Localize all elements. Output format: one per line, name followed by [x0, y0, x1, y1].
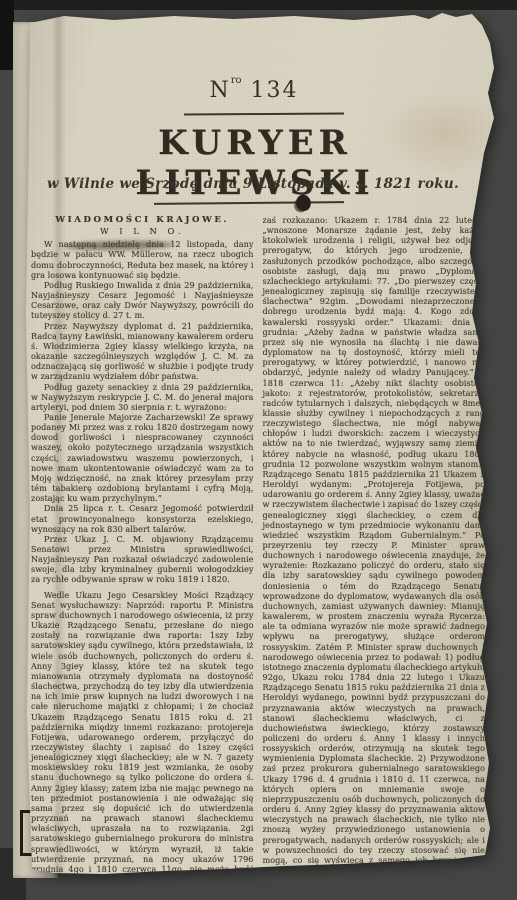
left-column-paragraphs: W następną niedzielę dnia 12 listopada, …	[31, 239, 254, 894]
paragraph: Podług Ruskiego Inwalida z dnia 29 paźdz…	[31, 280, 254, 321]
paragraph: Przez Ukaz J. C. M. objawiony Rządzącemu…	[31, 534, 254, 585]
article-columns: WIADOMOŚCI KRAJOWE. W I L N O. W następn…	[31, 215, 485, 900]
issue-superscript: ro	[231, 75, 242, 86]
city-subheading: W I L N O.	[31, 226, 254, 236]
issue-number: Nro 134	[24, 75, 484, 103]
issue-value: 134	[251, 78, 299, 103]
right-column: zaś rozkazano: Ukazem r. 1784 dnia 22 lu…	[263, 215, 486, 900]
paragraph: Panie Jenerale Majorze Zacharzewski! Ze …	[31, 412, 254, 503]
rule-under-dateline	[154, 201, 344, 205]
dateline: w Wilnie we Srzodę dnia 9 Listopada v. s…	[24, 176, 482, 192]
newspaper-page: Nro 134 KURYER LITEWSKI w Wilnie we Srzo…	[24, 13, 497, 877]
paragraph: Wedle Ukazu Jego Cesarskiey Mości Rządzą…	[31, 590, 254, 895]
paragraph: Przez Naywyższy dyplomat d. 21 październ…	[31, 321, 254, 382]
left-column: WIADOMOŚCI KRAJOWE. W I L N O. W następn…	[31, 215, 254, 900]
paragraph: Dnia 25 lipca r. t. Cesarz Jegomość potw…	[31, 503, 254, 533]
photo-top-bar	[0, 0, 517, 10]
rule-under-issue-number	[184, 112, 344, 115]
paragraph: zaś rozkazano: Ukazem r. 1784 dnia 22 lu…	[263, 215, 486, 900]
photo-black-corner	[0, 0, 14, 70]
issue-prefix: N	[209, 78, 230, 103]
paragraph: W następną niedzielę dnia 12 listopada, …	[31, 239, 254, 280]
paragraph: Podług gazety senackiey z dnia 29 paździ…	[31, 382, 254, 412]
section-heading: WIADOMOŚCI KRAJOWE.	[31, 215, 254, 225]
newspaper-page-wrap: Nro 134 KURYER LITEWSKI w Wilnie we Srzo…	[24, 13, 497, 877]
